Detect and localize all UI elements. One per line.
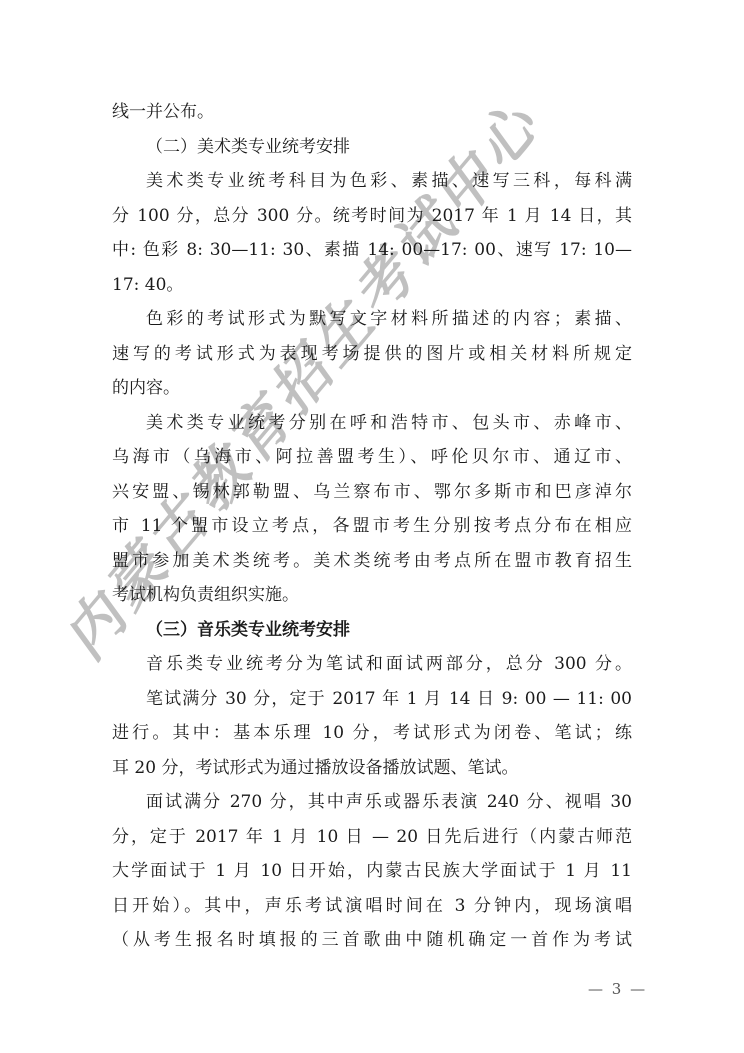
text-line: 分 100 分，总分 300 分。统考时间为 2017 年 1 月 14 日，其 — [112, 201, 632, 236]
text-line: 大学面试于 1 月 10 日开始，内蒙古民族大学面试于 1 月 11 — [112, 856, 632, 891]
text-line: 市 11 个盟市设立考点，各盟市考生分别按考点分布在相应 — [112, 511, 632, 546]
text-line: 美术类专业统考分别在呼和浩特市、包头市、赤峰市、 — [112, 408, 632, 443]
text-line: 17: 40。 — [112, 270, 632, 305]
text-line: 耳 20 分，考试形式为通过播放设备播放试题、笔试。 — [112, 753, 632, 788]
text-line: 盟市参加美术类统考。美术类统考由考点所在盟市教育招生 — [112, 546, 632, 581]
text-line: 进行。其中：基本乐理 10 分，考试形式为闭卷、笔试；练 — [112, 718, 632, 753]
text-line: 面试满分 270 分，其中声乐或器乐表演 240 分、视唱 30 — [112, 787, 632, 822]
text-line: 美术类专业统考科目为色彩、素描、速写三科，每科满 — [112, 166, 632, 201]
section-heading: （二）美术类专业统考安排 — [112, 132, 632, 167]
text-line: 色彩的考试形式为默写文字材料所描述的内容；素描、 — [112, 304, 632, 339]
section-heading: （三）音乐类专业统考安排 — [112, 615, 632, 650]
text-line: 兴安盟、锡林郭勒盟、乌兰察布市、鄂尔多斯市和巴彦淖尔 — [112, 477, 632, 512]
text-line: 的内容。 — [112, 373, 632, 408]
text-line: 考试机构负责组织实施。 — [112, 580, 632, 615]
text-line: （从考生报名时填报的三首歌曲中随机确定一首作为考试 — [112, 925, 632, 960]
text-line: 音乐类专业统考分为笔试和面试两部分，总分 300 分。 — [112, 649, 632, 684]
document-page: 内蒙古教育招生考试中心 线一并公布。（二）美术类专业统考安排美术类专业统考科目为… — [0, 0, 744, 1053]
text-line: 中: 色彩 8: 30—11: 30、素描 14: 00—17: 00、速写 1… — [112, 235, 632, 270]
text-line: 笔试满分 30 分，定于 2017 年 1 月 14 日 9: 00 — 11:… — [112, 684, 632, 719]
page-number: — 3 — — [588, 980, 647, 998]
document-body: 线一并公布。（二）美术类专业统考安排美术类专业统考科目为色彩、素描、速写三科，每… — [112, 97, 632, 960]
text-line: 日开始）。其中，声乐考试演唱时间在 3 分钟内，现场演唱 — [112, 891, 632, 926]
text-line: 乌海市（乌海市、阿拉善盟考生）、呼伦贝尔市、通辽市、 — [112, 442, 632, 477]
text-line: 线一并公布。 — [112, 97, 632, 132]
text-line: 分，定于 2017 年 1 月 10 日 — 20 日先后进行（内蒙古师范 — [112, 822, 632, 857]
text-line: 速写的考试形式为表现考场提供的图片或相关材料所规定 — [112, 339, 632, 374]
